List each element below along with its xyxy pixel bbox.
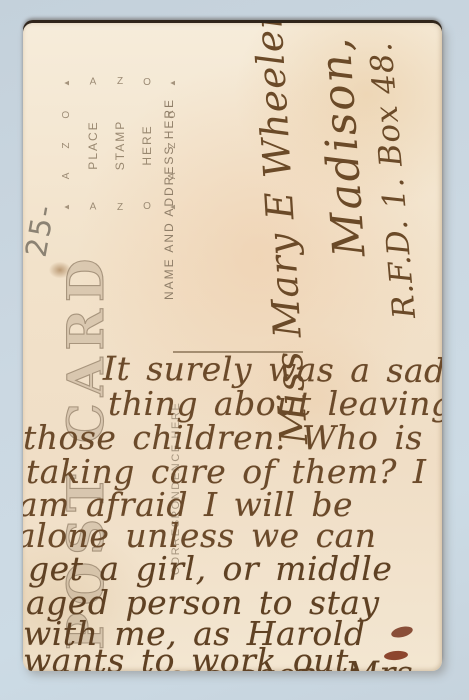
- ink-blotch: [390, 624, 414, 639]
- message-line: It surely was a sad: [103, 352, 442, 388]
- message-line: those children. Who is: [23, 421, 423, 455]
- message-line: taking care of them? I: [26, 455, 426, 489]
- message-line: alone unless we can: [23, 519, 377, 553]
- postcard-back: POST CARD 25- ▲ A Z O ▲ A PLACE A Z STAM: [23, 23, 442, 671]
- message-line: thing about leaving: [108, 387, 442, 421]
- handwritten-message: It surely was a sad thing about leaving …: [23, 23, 442, 671]
- postcard-photo-background: POST CARD 25- ▲ A Z O ▲ A PLACE A Z STAM: [0, 0, 469, 700]
- message-line: get a girl, or middle: [28, 552, 392, 586]
